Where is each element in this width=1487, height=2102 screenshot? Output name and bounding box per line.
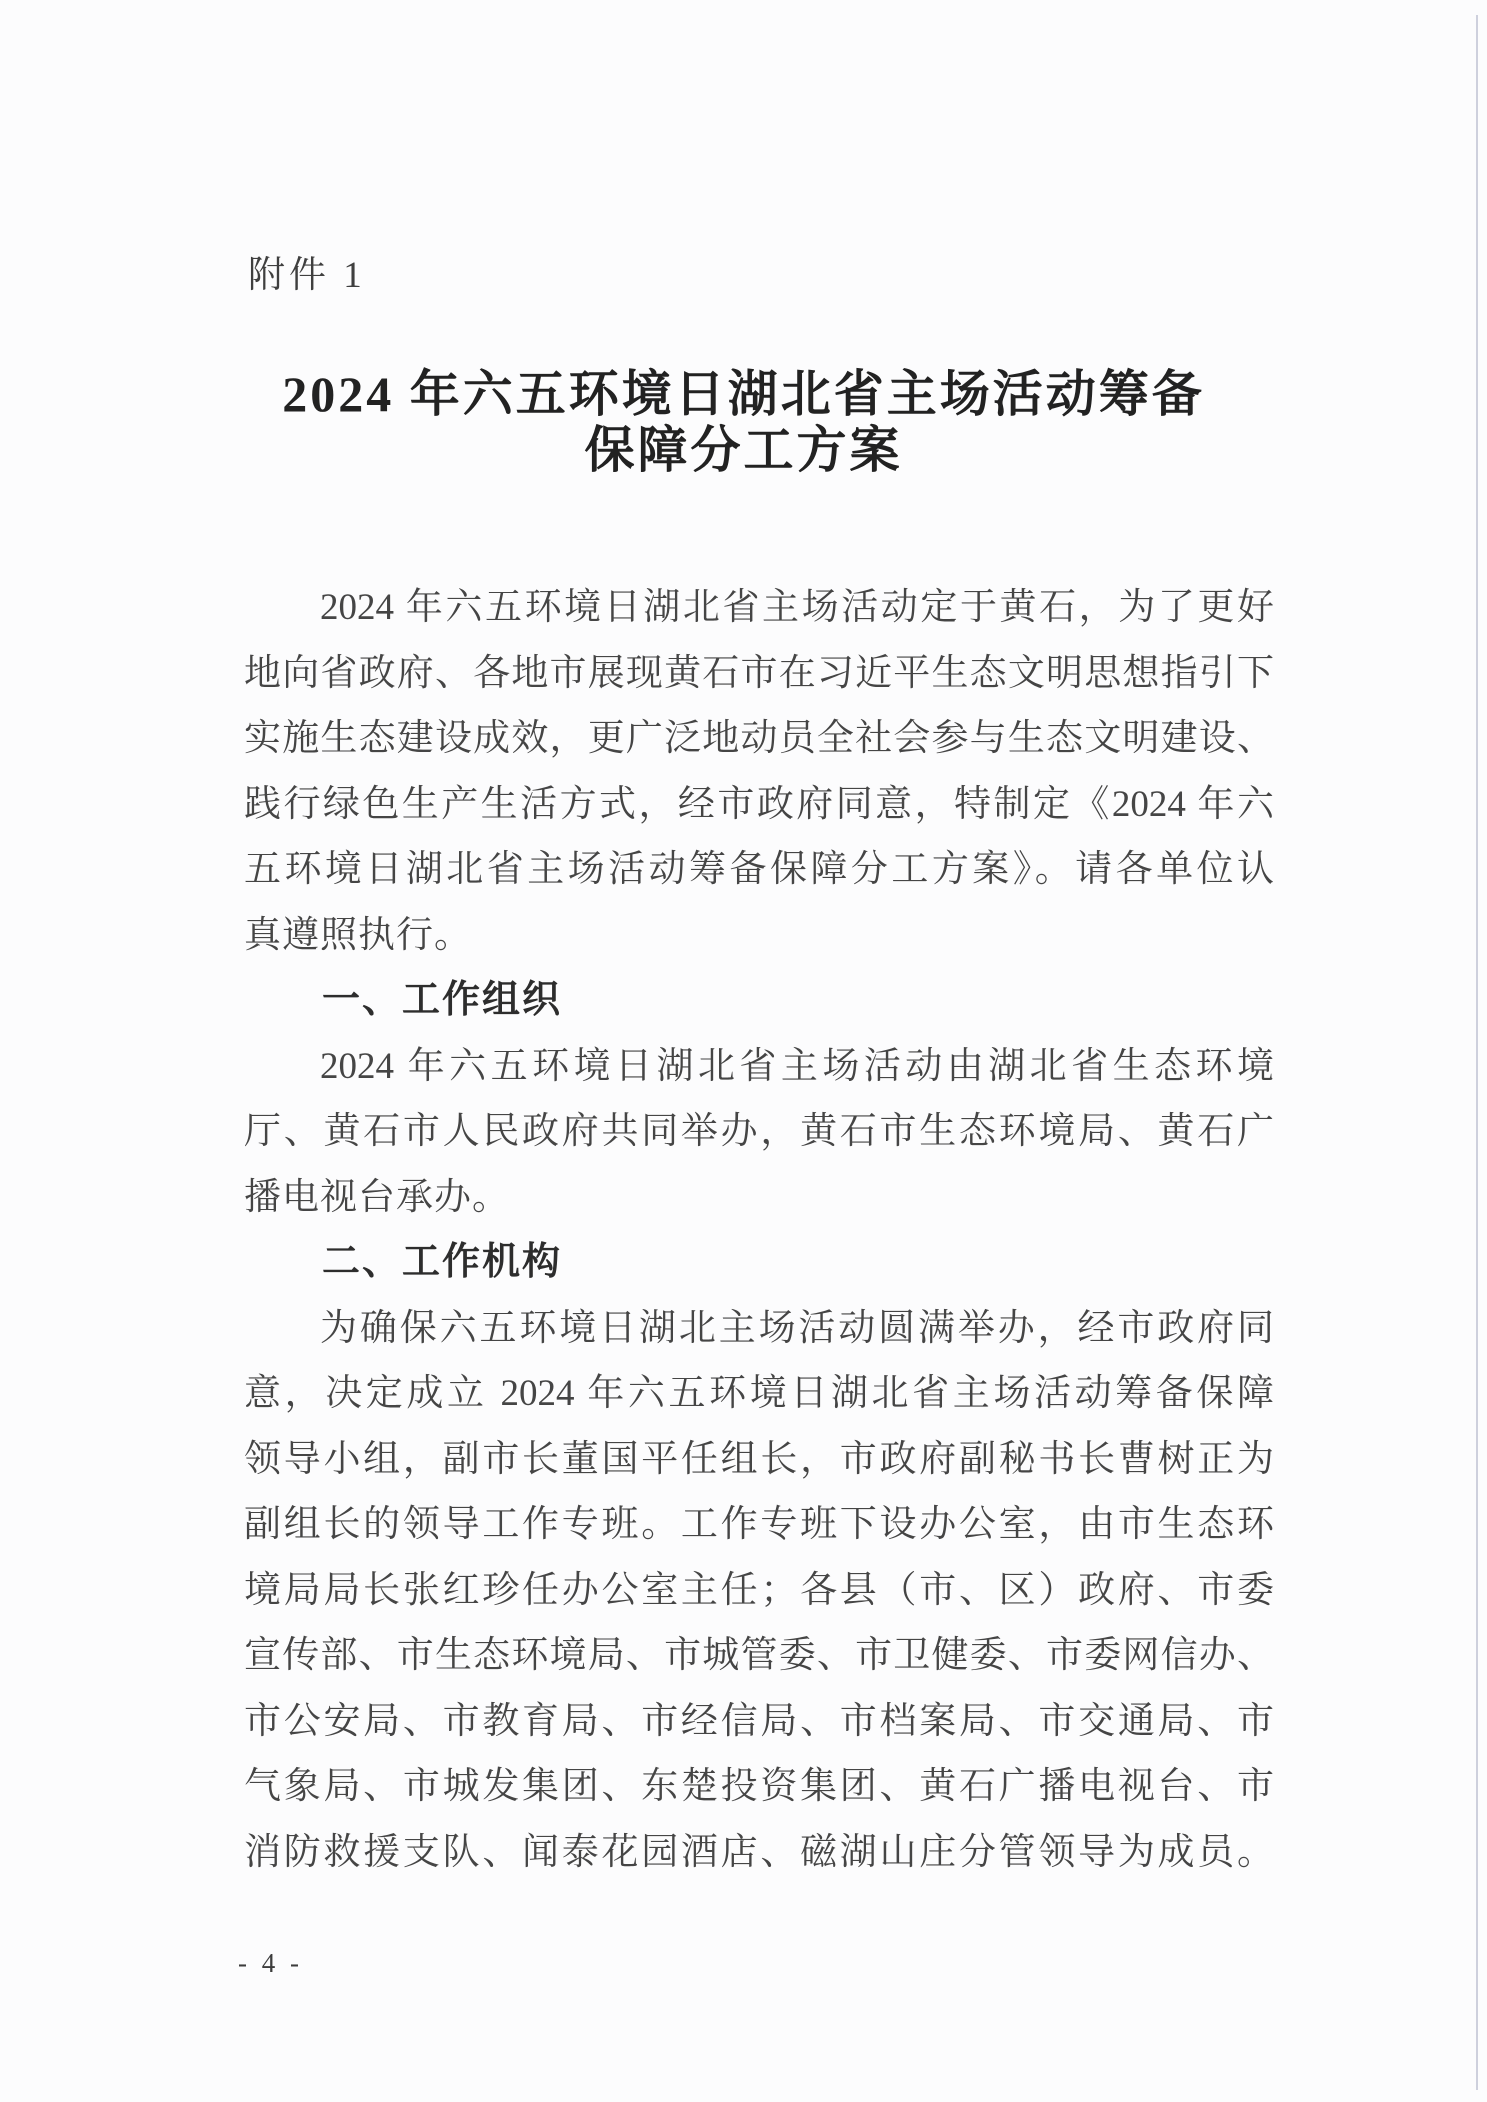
body-line: 意，决定成立 2024 年六五环境日湖北省主场活动筹备保障 [244,1361,1274,1427]
scanned-document-page: 附件 1 2024 年六五环境日湖北省主场活动筹备 保障分工方案 2024 年六… [0,0,1487,2102]
body-line: 宣传部、市生态环境局、市城管委、市卫健委、市委网信办、 [244,1623,1274,1689]
section-heading-2: 二、工作机构 [244,1230,1274,1296]
body-line: 为确保六五环境日湖北主场活动圆满举办，经市政府同 [244,1296,1274,1362]
body-line: 副组长的领导工作专班。工作专班下设办公室，由市生态环 [244,1492,1274,1558]
body-line: 实施生态建设成效，更广泛地动员全社会参与生态文明建设、 [244,706,1274,772]
body-line: 2024 年六五环境日湖北省主场活动由湖北省生态环境 [244,1034,1274,1100]
document-title-line-2: 保障分工方案 [0,422,1487,478]
body-line: 境局局长张红珍任办公室主任；各县（市、区）政府、市委 [244,1558,1274,1624]
body-line: 五环境日湖北省主场活动筹备保障分工方案》。请各单位认 [244,837,1274,903]
document-title-line-1: 2024 年六五环境日湖北省主场活动筹备 [0,366,1487,422]
intro-paragraph: 2024 年六五环境日湖北省主场活动定于黄石，为了更好 地向省政府、各地市展现黄… [244,575,1274,968]
body-line: 2024 年六五环境日湖北省主场活动定于黄石，为了更好 [244,575,1274,641]
document-title: 2024 年六五环境日湖北省主场活动筹备 保障分工方案 [0,366,1487,478]
body-line: 地向省政府、各地市展现黄石市在习近平生态文明思想指引下 [244,641,1274,707]
section-2-paragraph: 为确保六五环境日湖北主场活动圆满举办，经市政府同 意，决定成立 2024 年六五… [244,1296,1274,1886]
attachment-label: 附件 1 [248,252,366,300]
section-heading-1: 一、工作组织 [244,968,1274,1034]
document-body: 2024 年六五环境日湖北省主场活动定于黄石，为了更好 地向省政府、各地市展现黄… [244,575,1274,1885]
scan-edge-artifact [1476,15,1478,2090]
body-line: 厅、黄石市人民政府共同举办，黄石市生态环境局、黄石广 [244,1099,1274,1165]
body-line: 气象局、市城发集团、东楚投资集团、黄石广播电视台、市 [244,1754,1274,1820]
body-line: 消防救援支队、闻泰花园酒店、磁湖山庄分管领导为成员。 [244,1820,1274,1886]
body-line: 真遵照执行。 [244,903,1274,969]
body-line: 市公安局、市教育局、市经信局、市档案局、市交通局、市 [244,1689,1274,1755]
section-1-paragraph: 2024 年六五环境日湖北省主场活动由湖北省生态环境 厅、黄石市人民政府共同举办… [244,1034,1274,1231]
body-line: 播电视台承办。 [244,1165,1274,1231]
body-line: 践行绿色生产生活方式，经市政府同意，特制定《2024 年六 [244,772,1274,838]
body-line: 领导小组，副市长董国平任组长，市政府副秘书长曹树正为 [244,1427,1274,1493]
page-number: - 4 - [238,1948,303,1979]
